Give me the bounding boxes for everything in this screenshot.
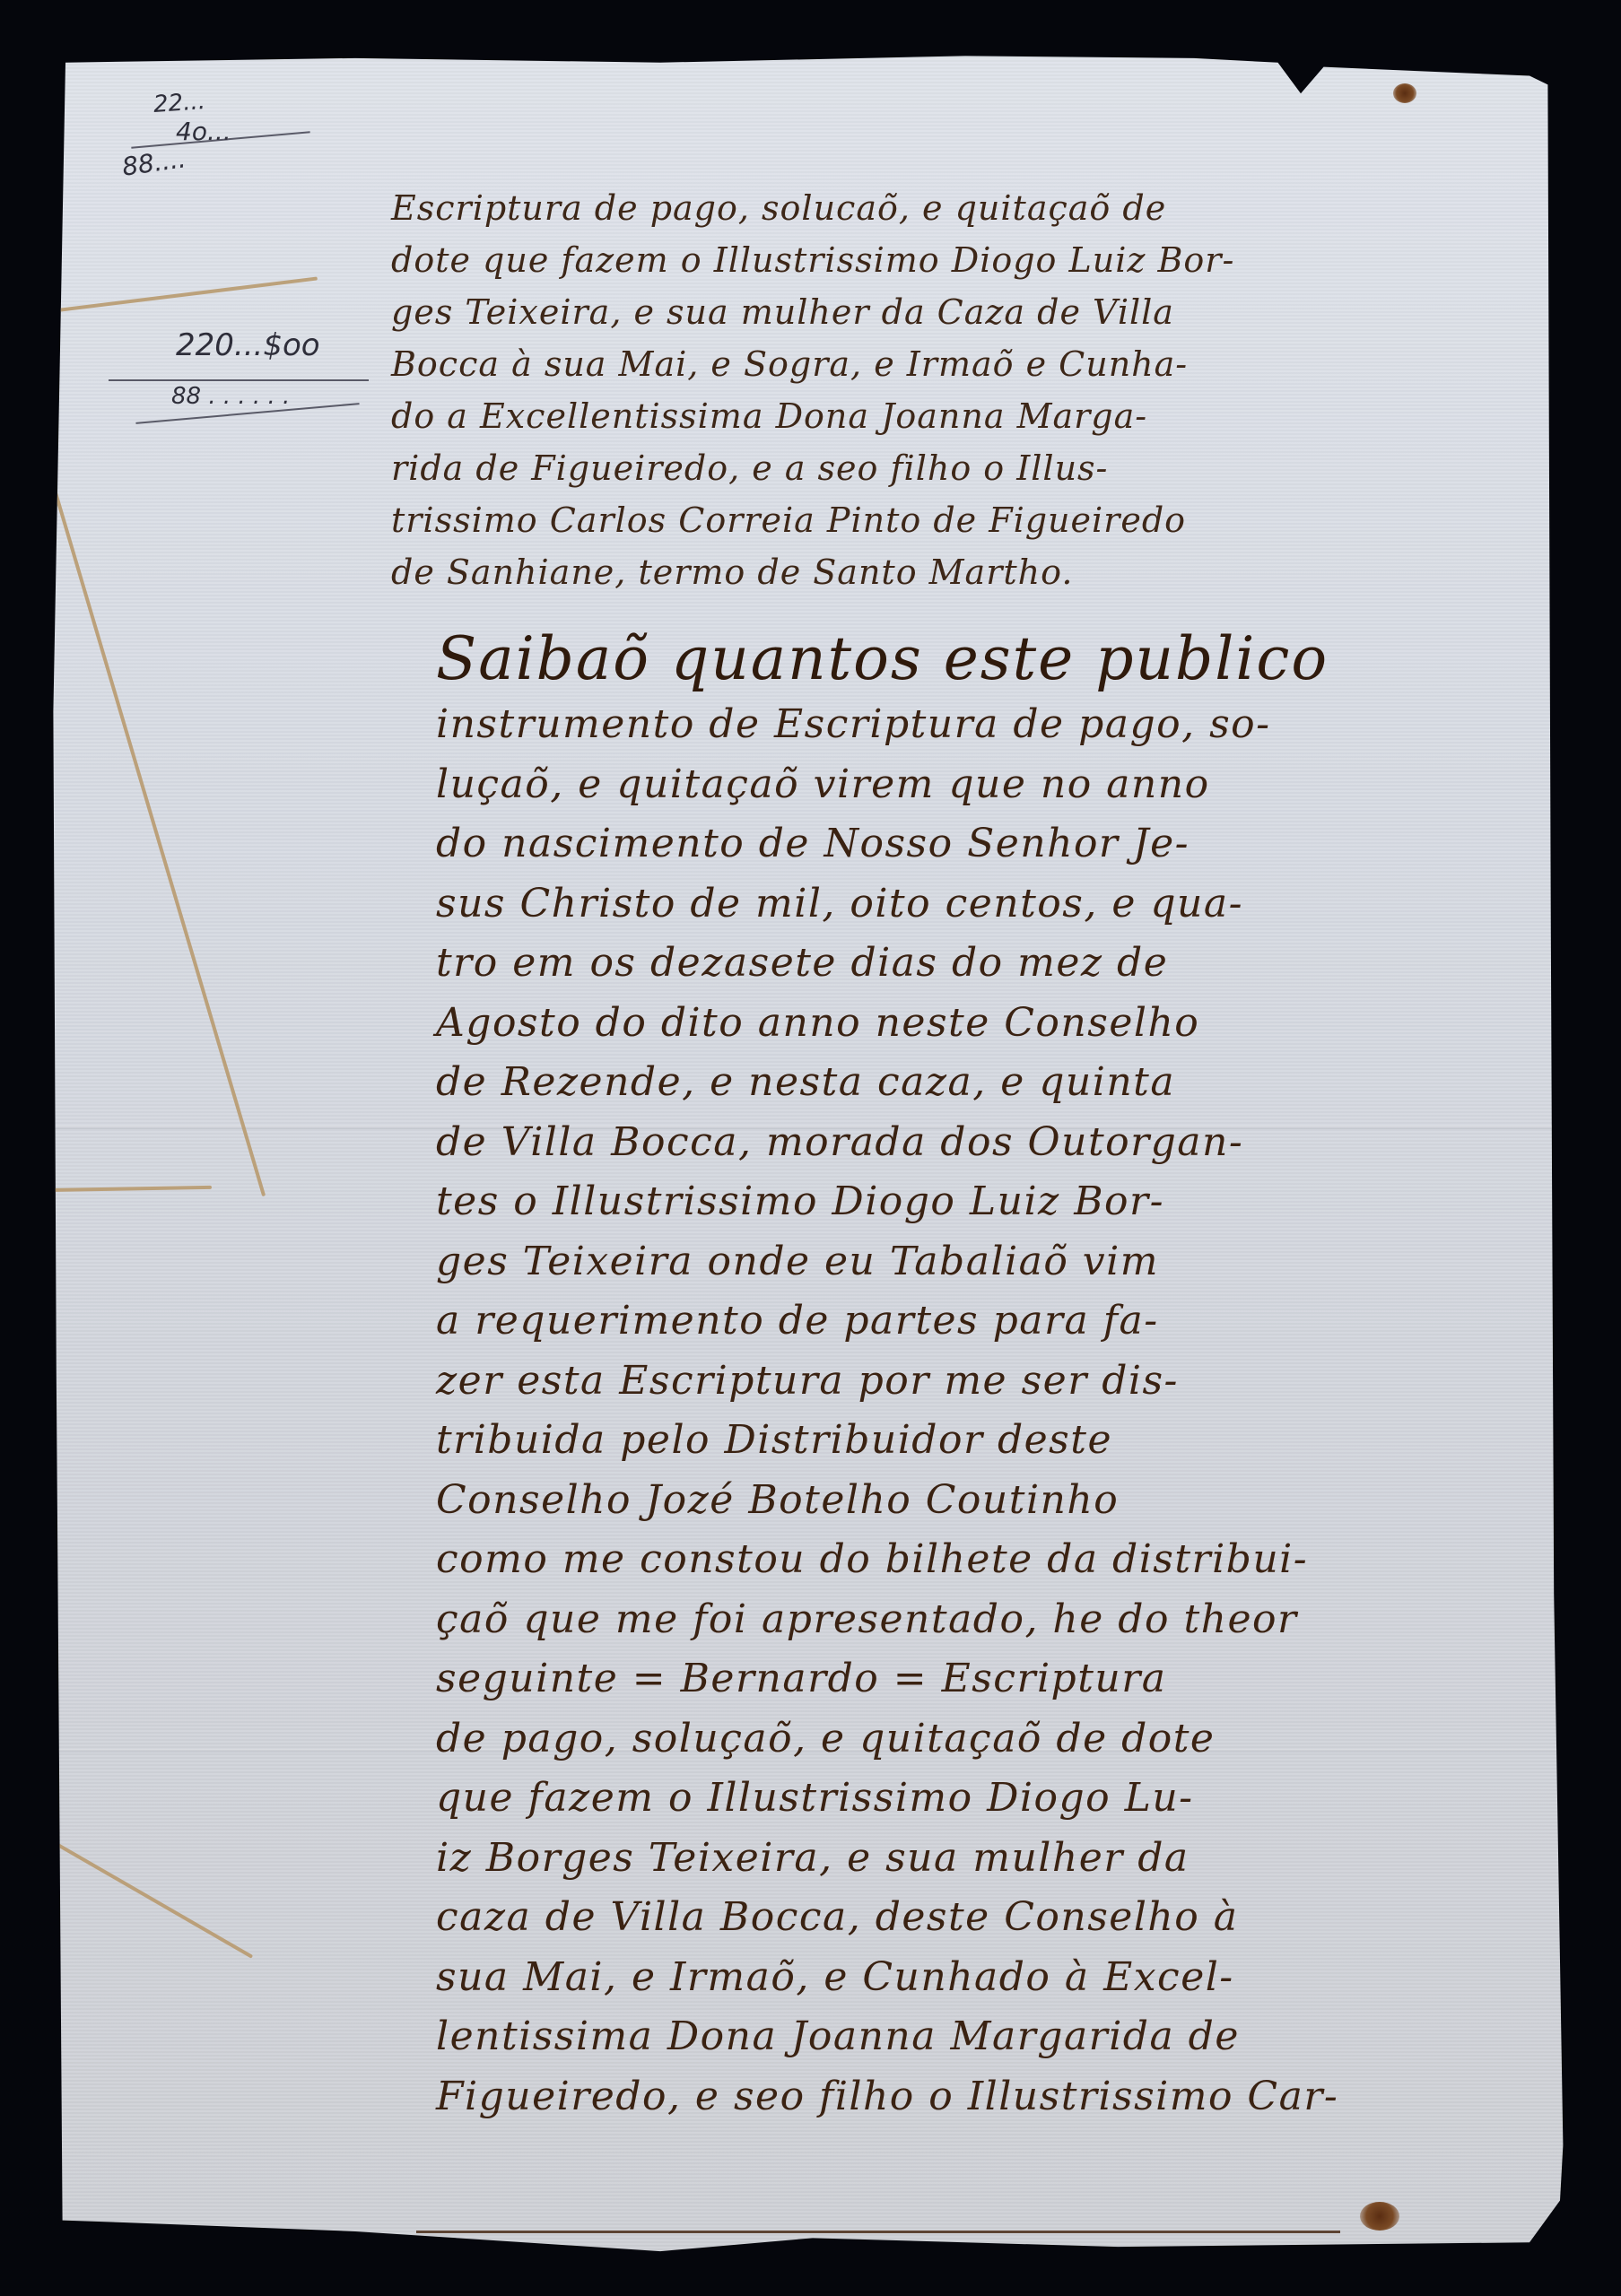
manuscript-page: 22... 4o... 88.... 220...$oo 88 . . . . … xyxy=(50,49,1575,2256)
heading-line: trissimo Carlos Correia Pinto de Figueir… xyxy=(391,494,1342,546)
deed-title-block: Escriptura de pago, solucaõ, e quitaçaõ … xyxy=(391,182,1342,598)
body-line: a requerimento de partes para fa- xyxy=(436,1291,1369,1352)
opening-line: Saibaõ quantos este publico xyxy=(436,623,1369,695)
body-line: como me constou do bilhete da distribui- xyxy=(436,1530,1369,1590)
closing-flourish-rule xyxy=(416,2231,1340,2233)
heading-line: Escriptura de pago, solucaõ, e quitaçaõ … xyxy=(391,182,1342,234)
body-line: çaõ que me foi apresentado, he do theor xyxy=(436,1590,1369,1650)
body-line: sua Mai, e Irmaõ, e Cunhado à Excel- xyxy=(436,1948,1369,2008)
body-line: instrumento de Escriptura de pago, so- xyxy=(436,695,1369,755)
body-line: sus Christo de mil, oito centos, e qua- xyxy=(436,874,1369,935)
body-line: do nascimento de Nosso Senhor Je- xyxy=(436,814,1369,874)
margin-note-mid-2: 88 . . . . . . xyxy=(171,383,290,410)
heading-line: ges Teixeira, e sua mulher da Caza de Vi… xyxy=(391,286,1342,338)
body-line: Agosto do dito anno neste Conselho xyxy=(436,994,1369,1054)
body-line: iz Borges Teixeira, e sua mulher da xyxy=(436,1829,1369,1889)
body-line: luçaõ, e quitaçaõ virem que no anno xyxy=(436,755,1369,815)
heading-line: dote que fazem o Illustrissimo Diogo Lui… xyxy=(391,234,1342,286)
body-line: lentissima Dona Joanna Margarida de xyxy=(436,2007,1369,2067)
heading-line: rida de Figueiredo, e a seo filho o Illu… xyxy=(391,442,1342,494)
body-line: caza de Villa Bocca, deste Conselho à xyxy=(436,1888,1369,1948)
body-line: tro em os dezasete dias do mez de xyxy=(436,934,1369,994)
rust-stain-top xyxy=(1393,83,1416,103)
deed-body: Saibaõ quantos este publico instrumento … xyxy=(436,623,1369,2126)
body-line: zer esta Escriptura por me ser dis- xyxy=(436,1352,1369,1412)
margin-note-top-1: 22... xyxy=(153,88,206,118)
heading-line: de Sanhiane, termo de Santo Martho. xyxy=(391,546,1342,598)
body-line: de pago, soluçaõ, e quitaçaõ de dote xyxy=(436,1709,1369,1770)
body-line: seguinte = Bernardo = Escriptura xyxy=(436,1649,1369,1709)
body-line: de Villa Bocca, morada dos Outorgan- xyxy=(436,1113,1369,1173)
rust-stain-bottom xyxy=(1360,2202,1399,2231)
body-line: Figueiredo, e seo filho o Illustrissimo … xyxy=(436,2067,1369,2127)
body-line: Conselho Jozé Botelho Coutinho xyxy=(436,1471,1369,1531)
body-line: tribuida pelo Distribuidor deste xyxy=(436,1411,1369,1471)
body-line: de Rezende, e nesta caza, e quinta xyxy=(436,1053,1369,1113)
margin-note-mid-1: 220...$oo xyxy=(176,327,320,363)
body-line: tes o Illustrissimo Diogo Luiz Bor- xyxy=(436,1172,1369,1232)
heading-line: Bocca à sua Mai, e Sogra, e Irmaõ e Cunh… xyxy=(391,338,1342,390)
margin-sum-rule-mid xyxy=(109,379,369,381)
heading-line: do a Excellentissima Dona Joanna Marga- xyxy=(391,390,1342,442)
body-line: que fazem o Illustrissimo Diogo Lu- xyxy=(436,1769,1369,1829)
body-line: ges Teixeira onde eu Tabaliaõ vim xyxy=(436,1232,1369,1292)
